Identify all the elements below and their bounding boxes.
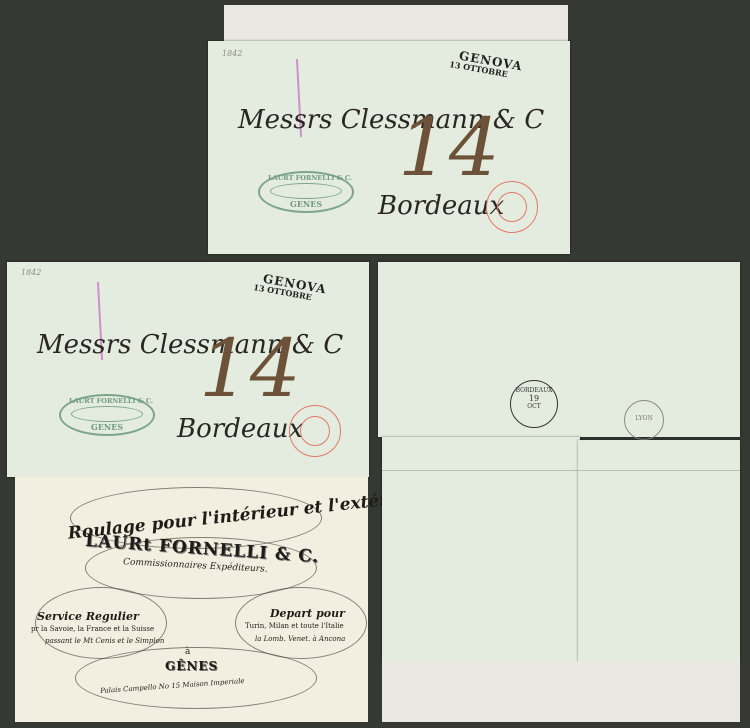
rate-mark: 14	[398, 101, 500, 194]
genova-postmark: GENOVA 13 OTTOBRE	[261, 273, 328, 304]
genova-postmark: GENOVA 13 OTTOBRE	[457, 50, 524, 81]
letterhead-city: GÊNES	[165, 659, 218, 673]
back-bottom-flap	[382, 662, 740, 722]
rate-mark: 14	[199, 322, 301, 415]
letterhead-right-small: la Lomb. Venet. à Ancona	[255, 635, 345, 643]
letterhead-left-line: pr la Savoie, la France et la Suisse	[31, 625, 154, 633]
top-cover-front: 1842 GENOVA 13 OTTOBRE Messrs Clessmann …	[208, 41, 570, 254]
top-cover-flap	[224, 5, 568, 41]
fold-line	[382, 470, 740, 471]
letterhead-a: à	[185, 647, 190, 657]
back-upper-panel: BORDEAUX 19 OCT LYON	[378, 262, 740, 437]
address-line-2: Bordeaux	[177, 414, 303, 444]
letterhead-left-small: passant le Mt Cenis et le Simplon	[45, 637, 164, 645]
fornelli-oval-cachet: LAURT FORNELLI & C. GENES	[59, 394, 155, 436]
letterhead-right-title: Depart pour	[270, 607, 345, 620]
left-cover-front: 1842 GENOVA 13 OTTOBRE Messrs Clessmann …	[7, 262, 369, 477]
fornelli-oval-cachet: LAURT FORNELLI & C. GENES	[258, 171, 354, 213]
bordeaux-postmark: BORDEAUX 19 OCT	[510, 380, 558, 428]
year-note: 1842	[222, 49, 242, 58]
letterhead-sheet: Roulage pour l'intérieur et l'extérieur …	[15, 477, 368, 722]
transit-postmark: LYON	[624, 400, 664, 440]
back-lower-right-panel	[578, 440, 740, 662]
red-entry-postmark	[289, 405, 341, 457]
letterhead-right-line: Turin, Milan et toute l'Italie	[245, 622, 344, 630]
letterhead: Roulage pour l'intérieur et l'extérieur …	[15, 477, 368, 722]
red-entry-postmark	[486, 181, 538, 233]
letterhead-left-title: Service Regulier	[37, 610, 139, 623]
year-note: 1842	[21, 268, 41, 277]
